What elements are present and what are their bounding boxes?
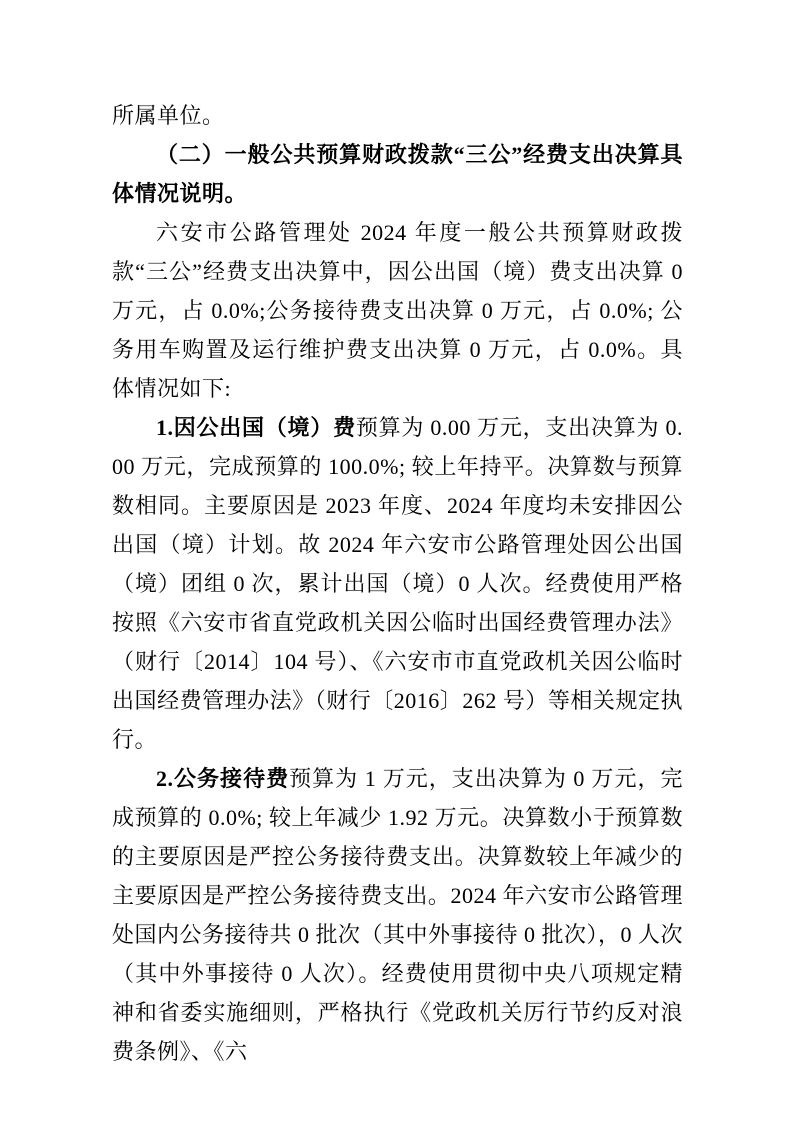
paragraph-overview: 六安市公路管理处 2024 年度一般公共预算财政拨款“三公”经费支出决算中，因公… [112, 213, 683, 408]
paragraph-carryover: 所属单位。 [112, 96, 683, 135]
paragraph-text: 所属单位。 [112, 103, 225, 128]
paragraph-text: 预算为 0.00 万元，支出决算为 0.00 万元，完成预算的 100.0%; … [112, 415, 683, 752]
section-heading-text: （二）一般公共预算财政拨款“三公”经费支出决算具体情况说明。 [112, 142, 683, 206]
item-1-lead-text: 1.因公出国（境）费 [156, 415, 356, 440]
paragraph-text: 预算为 1 万元，支出决算为 0 万元，完成预算的 0.0%; 较上年减少 1.… [112, 766, 683, 1064]
document-page: 所属单位。 （二）一般公共预算财政拨款“三公”经费支出决算具体情况说明。 六安市… [0, 0, 793, 1122]
paragraph-item-2: 2.公务接待费预算为 1 万元，支出决算为 0 万元，完成预算的 0.0%; 较… [112, 759, 683, 1071]
section-heading: （二）一般公共预算财政拨款“三公”经费支出决算具体情况说明。 [112, 135, 683, 213]
item-2-lead-text: 2.公务接待费 [156, 766, 289, 791]
paragraph-text: 六安市公路管理处 2024 年度一般公共预算财政拨款“三公”经费支出决算中，因公… [112, 220, 683, 401]
paragraph-item-1: 1.因公出国（境）费预算为 0.00 万元，支出决算为 0.00 万元，完成预算… [112, 408, 683, 759]
